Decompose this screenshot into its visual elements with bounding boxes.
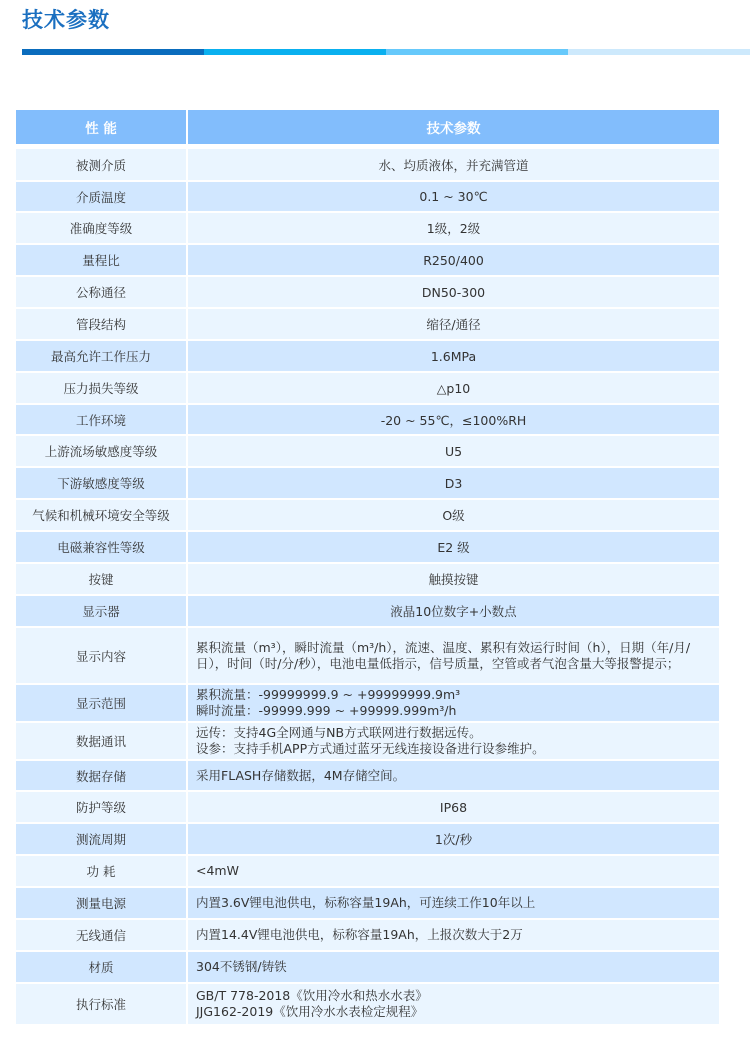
page-title: 技术参数 bbox=[22, 4, 110, 36]
row-value: 0.1 ~ 30℃ bbox=[188, 182, 719, 213]
row-value: 1级，2级 bbox=[188, 213, 719, 245]
table-row: 执行标准 GB/T 778-2018《饮用冷水和热水水表》 JJG162-201… bbox=[16, 984, 719, 1024]
row-value-line: GB/T 778-2018《饮用冷水和热水水表》 bbox=[196, 988, 705, 1004]
row-label: 执行标准 bbox=[16, 984, 188, 1024]
row-value: U5 bbox=[188, 436, 719, 468]
bar-segment-1 bbox=[22, 49, 204, 55]
table-row: 管段结构 缩径/通径 bbox=[16, 309, 719, 341]
table-row: 压力损失等级 △p10 bbox=[16, 373, 719, 405]
row-label: 测流周期 bbox=[16, 824, 188, 856]
row-label: 测量电源 bbox=[16, 888, 188, 920]
row-value: D3 bbox=[188, 468, 719, 500]
row-label: 公称通径 bbox=[16, 277, 188, 309]
table-row: 下游敏感度等级 D3 bbox=[16, 468, 719, 500]
row-value: 1次/秒 bbox=[188, 824, 719, 856]
bar-segment-4 bbox=[568, 49, 750, 55]
row-value: E2 级 bbox=[188, 532, 719, 564]
row-label: 上游流场敏感度等级 bbox=[16, 436, 188, 468]
row-label: 量程比 bbox=[16, 245, 188, 277]
row-label: 工作环境 bbox=[16, 405, 188, 436]
row-value: 远传：支持4G全网通与NB方式联网进行数据远传。 设参：支持手机APP方式通过蓝… bbox=[188, 723, 719, 761]
row-value: 内置14.4V锂电池供电，标称容量19Ah，上报次数大于2万 bbox=[188, 920, 719, 952]
row-label: 显示内容 bbox=[16, 628, 188, 685]
table-row: 被测介质 水、均质液体，并充满管道 bbox=[16, 149, 719, 182]
row-value: 水、均质液体，并充满管道 bbox=[188, 149, 719, 182]
title-underline-bar bbox=[22, 49, 750, 55]
row-value: △p10 bbox=[188, 373, 719, 405]
table-row: 气候和机械环境安全等级 O级 bbox=[16, 500, 719, 532]
table-row: 测量电源 内置3.6V锂电池供电，标称容量19Ah，可连续工作10年以上 bbox=[16, 888, 719, 920]
row-label: 准确度等级 bbox=[16, 213, 188, 245]
table-row: 防护等级 IP68 bbox=[16, 792, 719, 824]
row-label: 介质温度 bbox=[16, 182, 188, 213]
row-label: 气候和机械环境安全等级 bbox=[16, 500, 188, 532]
table-row: 按键 触摸按键 bbox=[16, 564, 719, 596]
row-value: 液晶10位数字+小数点 bbox=[188, 596, 719, 628]
row-value: 累积流量（m³），瞬时流量（m³/h），流速、温度、累积有效运行时间（h），日期… bbox=[188, 628, 719, 685]
header-parameters: 技术参数 bbox=[188, 110, 719, 149]
row-value-line: 累积流量（m³），瞬时流量（m³/h），流速、温度、累积有效运行时间（h），日期… bbox=[196, 640, 705, 672]
table-row: 显示器 液晶10位数字+小数点 bbox=[16, 596, 719, 628]
row-value-line: JJG162-2019《饮用冷水水表检定规程》 bbox=[196, 1004, 705, 1020]
row-value: 304不锈钢/铸铁 bbox=[188, 952, 719, 984]
row-label: 管段结构 bbox=[16, 309, 188, 341]
row-label: 被测介质 bbox=[16, 149, 188, 182]
row-value: O级 bbox=[188, 500, 719, 532]
row-label: 显示器 bbox=[16, 596, 188, 628]
row-value: 累积流量：-99999999.9 ~ +99999999.9m³ 瞬时流量：-9… bbox=[188, 685, 719, 723]
table-row: 数据存储 采用FLASH存储数据，4M存储空间。 bbox=[16, 761, 719, 792]
row-value-line: 远传：支持4G全网通与NB方式联网进行数据远传。 bbox=[196, 725, 705, 741]
row-label: 压力损失等级 bbox=[16, 373, 188, 405]
header-performance: 性 能 bbox=[16, 110, 188, 149]
row-value: GB/T 778-2018《饮用冷水和热水水表》 JJG162-2019《饮用冷… bbox=[188, 984, 719, 1024]
row-value-line: 累积流量：-99999999.9 ~ +99999999.9m³ bbox=[196, 687, 705, 703]
table-row: 功 耗 <4mW bbox=[16, 856, 719, 888]
table-row: 测流周期 1次/秒 bbox=[16, 824, 719, 856]
table-row: 材质 304不锈钢/铸铁 bbox=[16, 952, 719, 984]
table-row: 量程比 R250/400 bbox=[16, 245, 719, 277]
row-label: 功 耗 bbox=[16, 856, 188, 888]
table-row: 工作环境 -20 ~ 55℃，≤100%RH bbox=[16, 405, 719, 436]
spec-table: 性 能 技术参数 被测介质 水、均质液体，并充满管道 介质温度 0.1 ~ 30… bbox=[16, 110, 719, 1024]
row-label: 最高允许工作压力 bbox=[16, 341, 188, 373]
row-value-line: 瞬时流量：-99999.999 ~ +99999.999m³/h bbox=[196, 703, 705, 719]
table-row: 显示内容 累积流量（m³），瞬时流量（m³/h），流速、温度、累积有效运行时间（… bbox=[16, 628, 719, 685]
row-label: 无线通信 bbox=[16, 920, 188, 952]
table-row: 最高允许工作压力 1.6MPa bbox=[16, 341, 719, 373]
row-label: 防护等级 bbox=[16, 792, 188, 824]
table-row: 介质温度 0.1 ~ 30℃ bbox=[16, 182, 719, 213]
row-label: 按键 bbox=[16, 564, 188, 596]
table-row: 数据通讯 远传：支持4G全网通与NB方式联网进行数据远传。 设参：支持手机APP… bbox=[16, 723, 719, 761]
row-label: 数据存储 bbox=[16, 761, 188, 792]
table-row: 公称通径 DN50-300 bbox=[16, 277, 719, 309]
row-value: R250/400 bbox=[188, 245, 719, 277]
row-value: -20 ~ 55℃，≤100%RH bbox=[188, 405, 719, 436]
row-value: 1.6MPa bbox=[188, 341, 719, 373]
row-value: IP68 bbox=[188, 792, 719, 824]
row-label: 下游敏感度等级 bbox=[16, 468, 188, 500]
row-value: 采用FLASH存储数据，4M存储空间。 bbox=[188, 761, 719, 792]
row-label: 数据通讯 bbox=[16, 723, 188, 761]
table-row: 无线通信 内置14.4V锂电池供电，标称容量19Ah，上报次数大于2万 bbox=[16, 920, 719, 952]
row-value: 缩径/通径 bbox=[188, 309, 719, 341]
bar-segment-2 bbox=[204, 49, 386, 55]
table-row: 上游流场敏感度等级 U5 bbox=[16, 436, 719, 468]
row-label: 显示范围 bbox=[16, 685, 188, 723]
row-value: <4mW bbox=[188, 856, 719, 888]
row-label: 材质 bbox=[16, 952, 188, 984]
bar-segment-3 bbox=[386, 49, 568, 55]
table-row: 电磁兼容性等级 E2 级 bbox=[16, 532, 719, 564]
table-row: 显示范围 累积流量：-99999999.9 ~ +99999999.9m³ 瞬时… bbox=[16, 685, 719, 723]
row-value-line: 设参：支持手机APP方式通过蓝牙无线连接设备进行设参维护。 bbox=[196, 741, 705, 757]
row-value: DN50-300 bbox=[188, 277, 719, 309]
row-value: 内置3.6V锂电池供电，标称容量19Ah，可连续工作10年以上 bbox=[188, 888, 719, 920]
row-label: 电磁兼容性等级 bbox=[16, 532, 188, 564]
table-header-row: 性 能 技术参数 bbox=[16, 110, 719, 149]
table-row: 准确度等级 1级，2级 bbox=[16, 213, 719, 245]
row-value: 触摸按键 bbox=[188, 564, 719, 596]
